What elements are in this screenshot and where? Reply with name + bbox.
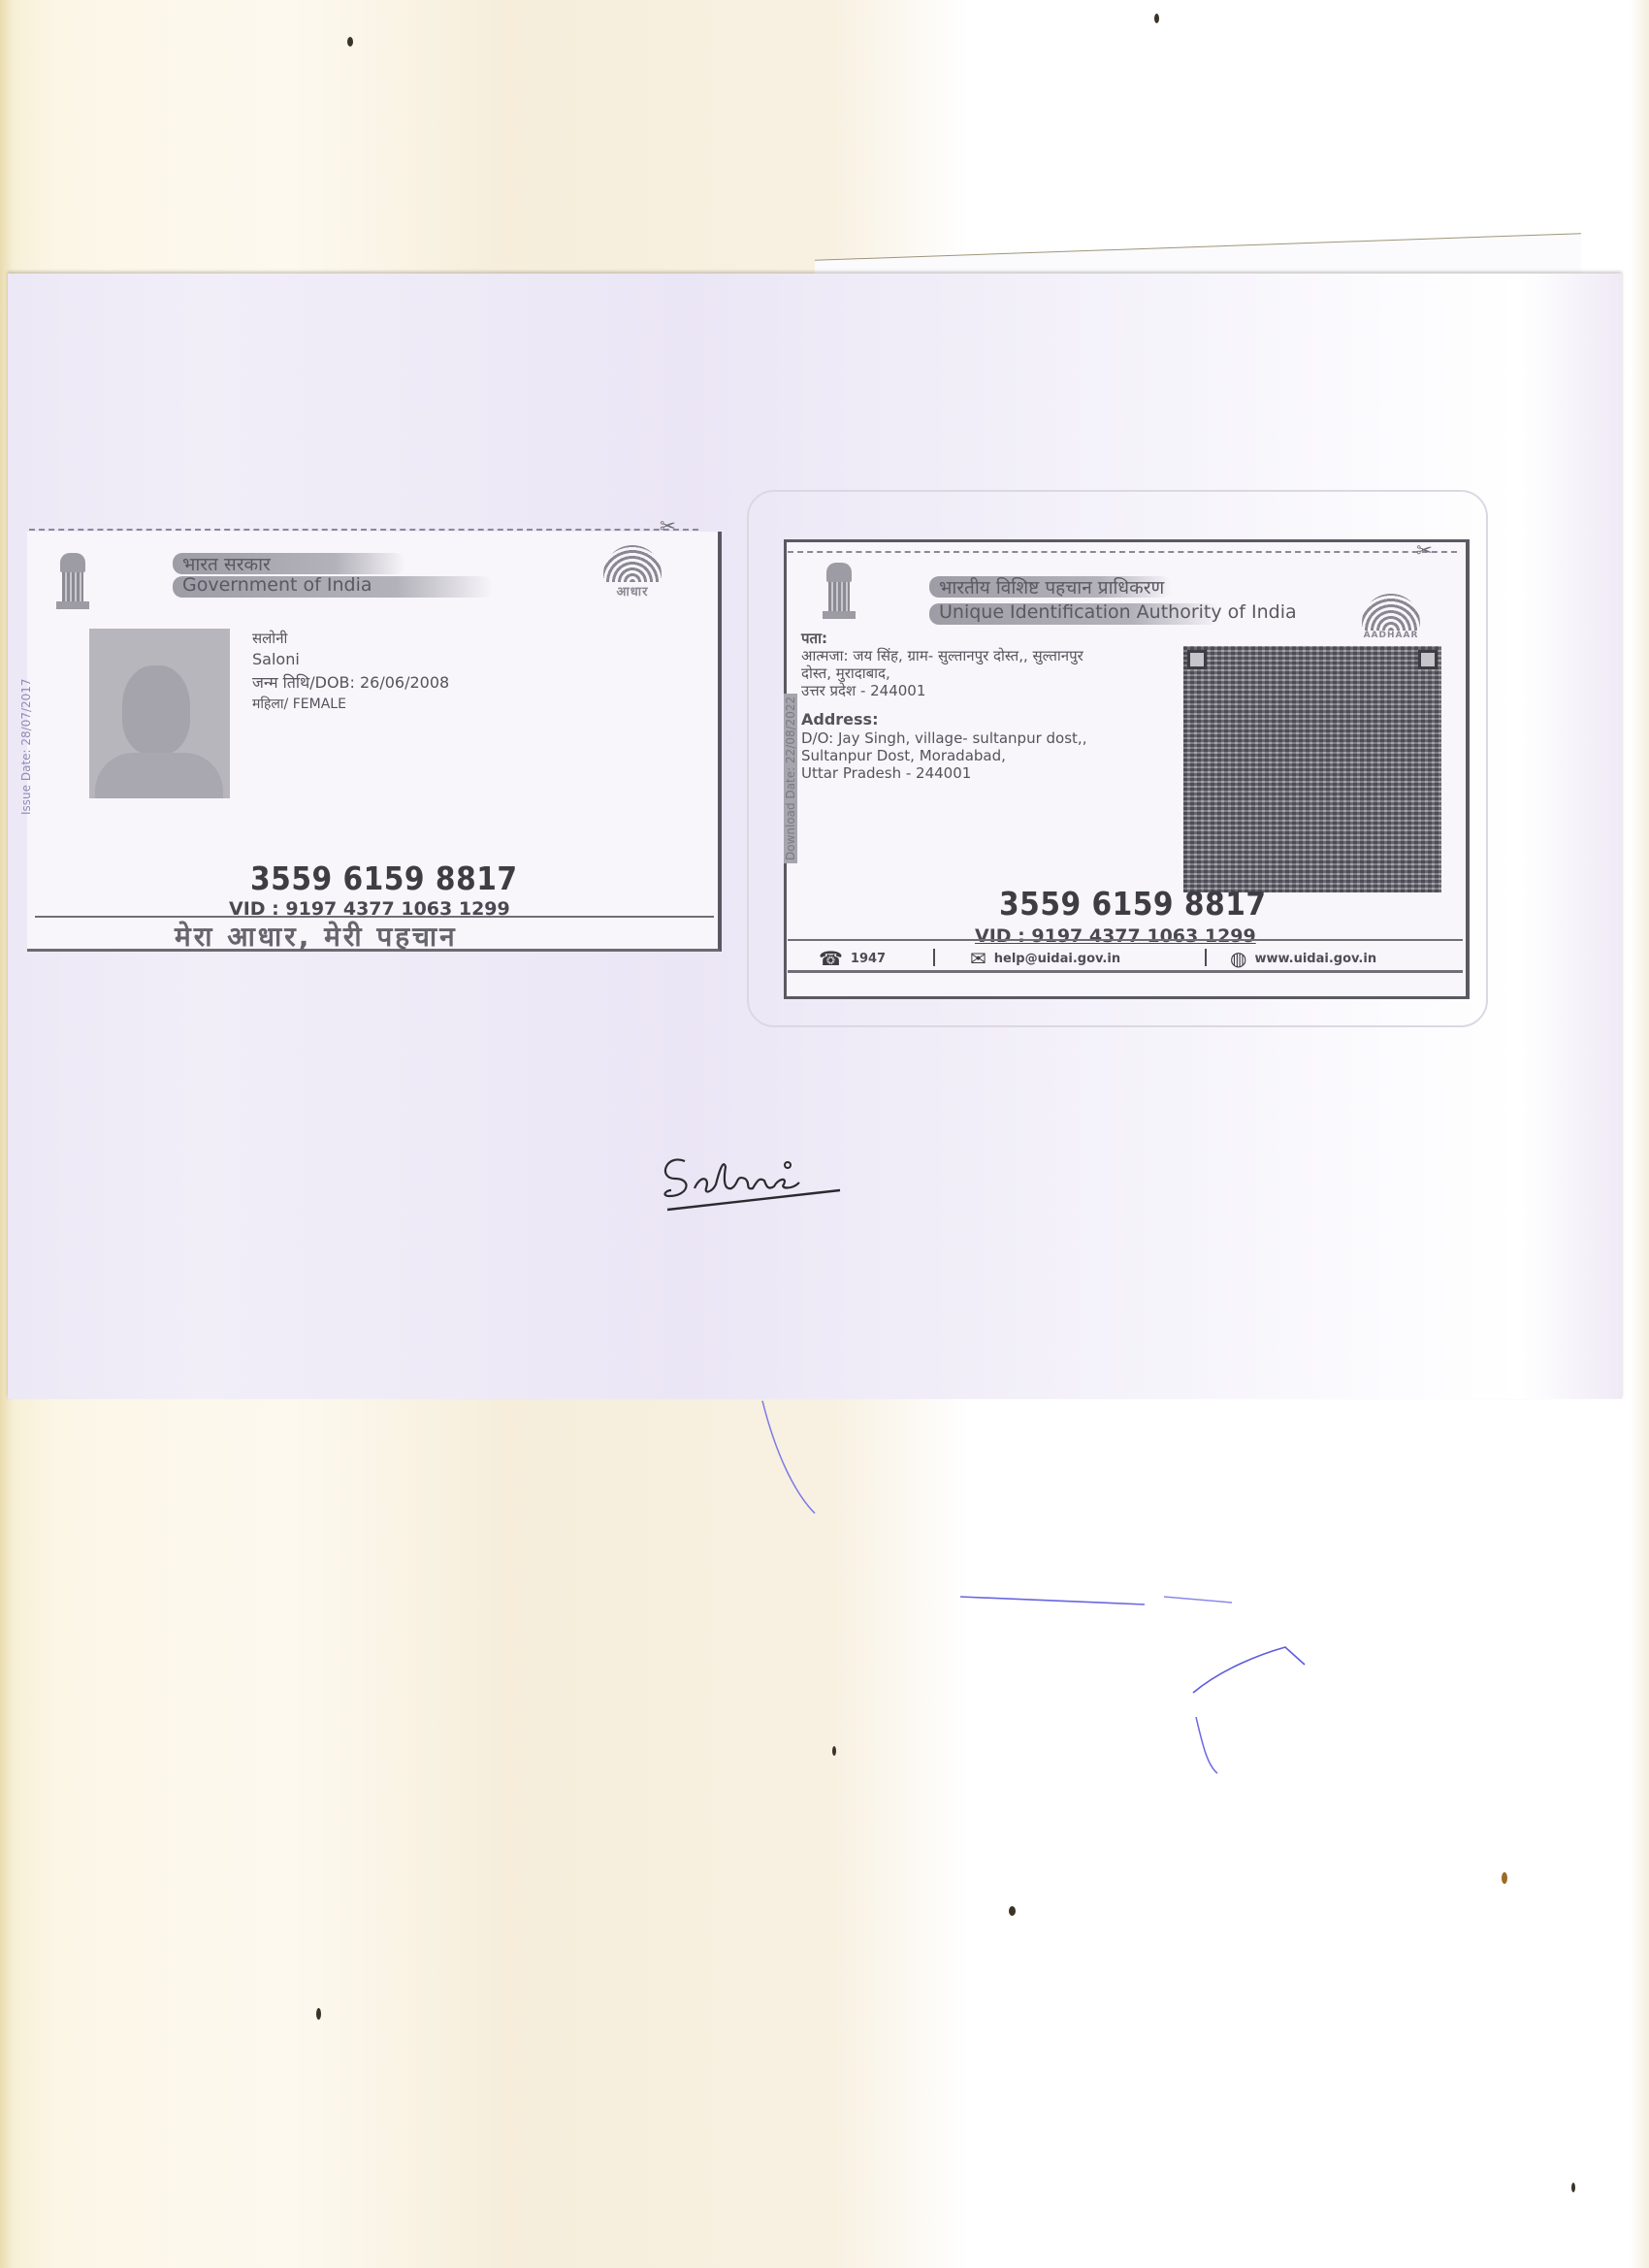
fingerprint-icon bbox=[1362, 594, 1420, 631]
address-hindi-line-2: दोस्त, मुरादाबाद, bbox=[801, 664, 890, 683]
scan-speck bbox=[1571, 2183, 1575, 2192]
download-date: Download Date: 22/08/2022 bbox=[784, 694, 797, 863]
help-email-text: help@uidai.gov.in bbox=[994, 952, 1120, 966]
divider bbox=[788, 939, 1463, 941]
phone-icon: ☎ bbox=[819, 949, 843, 968]
pen-marks bbox=[679, 1397, 1455, 1814]
qr-code-icon bbox=[1183, 646, 1441, 892]
address-hindi-line-1: आत्मजा: जय सिंह, ग्राम- सुल्तानपुर दोस्त… bbox=[801, 646, 1083, 665]
aadhaar-number: 3559 6159 8817 bbox=[250, 859, 518, 897]
ashoka-emblem-icon bbox=[823, 563, 856, 623]
address-english-line-2: Sultanpur Dost, Moradabad, bbox=[801, 747, 1006, 764]
help-email: ✉ help@uidai.gov.in bbox=[970, 949, 1120, 968]
scissors-icon: ✂ bbox=[660, 514, 676, 537]
scan-speck bbox=[1502, 1872, 1507, 1884]
address-english-line-1: D/O: Jay Singh, village- sultanpur dost,… bbox=[801, 729, 1086, 747]
divider bbox=[788, 970, 1463, 973]
separator bbox=[1205, 949, 1207, 966]
aadhaar-number: 3559 6159 8817 bbox=[999, 885, 1267, 923]
holder-photo bbox=[89, 629, 230, 798]
scan-speck bbox=[316, 2008, 321, 2020]
address-hindi-label: पता: bbox=[801, 629, 827, 648]
scan-speck bbox=[1154, 14, 1159, 23]
aadhaar-logo-label: AADHAAR bbox=[1362, 631, 1420, 640]
issue-date: Issue Date: 28/07/2017 bbox=[19, 678, 33, 815]
website-text: www.uidai.gov.in bbox=[1254, 952, 1376, 966]
fingerprint-icon bbox=[603, 545, 662, 582]
aadhaar-logo: AADHAAR bbox=[1362, 594, 1420, 640]
aadhaar-logo-label: आधार bbox=[603, 582, 662, 599]
vid-number: VID : 9197 4377 1063 1299 bbox=[975, 925, 1256, 947]
scissors-icon: ✂ bbox=[1416, 538, 1433, 562]
header-english: Unique Identification Authority of India bbox=[929, 601, 1297, 623]
scan-speck bbox=[1009, 1906, 1016, 1916]
header-english-text: Unique Identification Authority of India bbox=[929, 601, 1297, 623]
address-english-label: Address: bbox=[801, 710, 878, 729]
cut-line bbox=[29, 529, 698, 531]
signature: Saloni bbox=[656, 1140, 850, 1217]
mail-icon: ✉ bbox=[970, 949, 986, 968]
signature-scribble bbox=[656, 1140, 850, 1217]
aadhaar-logo: आधार bbox=[603, 545, 662, 599]
name-hindi: सलोनी bbox=[252, 629, 287, 648]
helpline-number: 1947 bbox=[851, 952, 886, 966]
website: ◍ www.uidai.gov.in bbox=[1230, 949, 1376, 968]
address-hindi-line-3: उत्तर प्रदेश - 244001 bbox=[801, 681, 925, 700]
header-english: Government of India bbox=[173, 574, 372, 596]
ashoka-emblem-icon bbox=[56, 553, 89, 613]
separator bbox=[933, 949, 935, 966]
name-english: Saloni bbox=[252, 650, 300, 668]
scan-speck bbox=[347, 37, 353, 47]
gender: महिला/ FEMALE bbox=[252, 695, 346, 713]
header-hindi: भारतीय विशिष्ट पहचान प्राधिकरण bbox=[929, 574, 1164, 599]
header-hindi-text: भारत सरकार bbox=[173, 554, 271, 575]
cut-line bbox=[788, 551, 1457, 553]
tagline: मेरा आधार, मेरी पहचान bbox=[175, 918, 458, 955]
header-hindi-text: भारतीय विशिष्ट पहचान प्राधिकरण bbox=[929, 577, 1164, 599]
helpline: ☎ 1947 bbox=[819, 949, 886, 968]
address-english-line-3: Uttar Pradesh - 244001 bbox=[801, 764, 971, 782]
globe-icon: ◍ bbox=[1230, 949, 1246, 968]
header-hindi: भारत सरकार bbox=[173, 551, 271, 576]
header-english-text: Government of India bbox=[173, 574, 372, 596]
date-of-birth: जन्म तिथि/DOB: 26/06/2008 bbox=[252, 671, 449, 693]
